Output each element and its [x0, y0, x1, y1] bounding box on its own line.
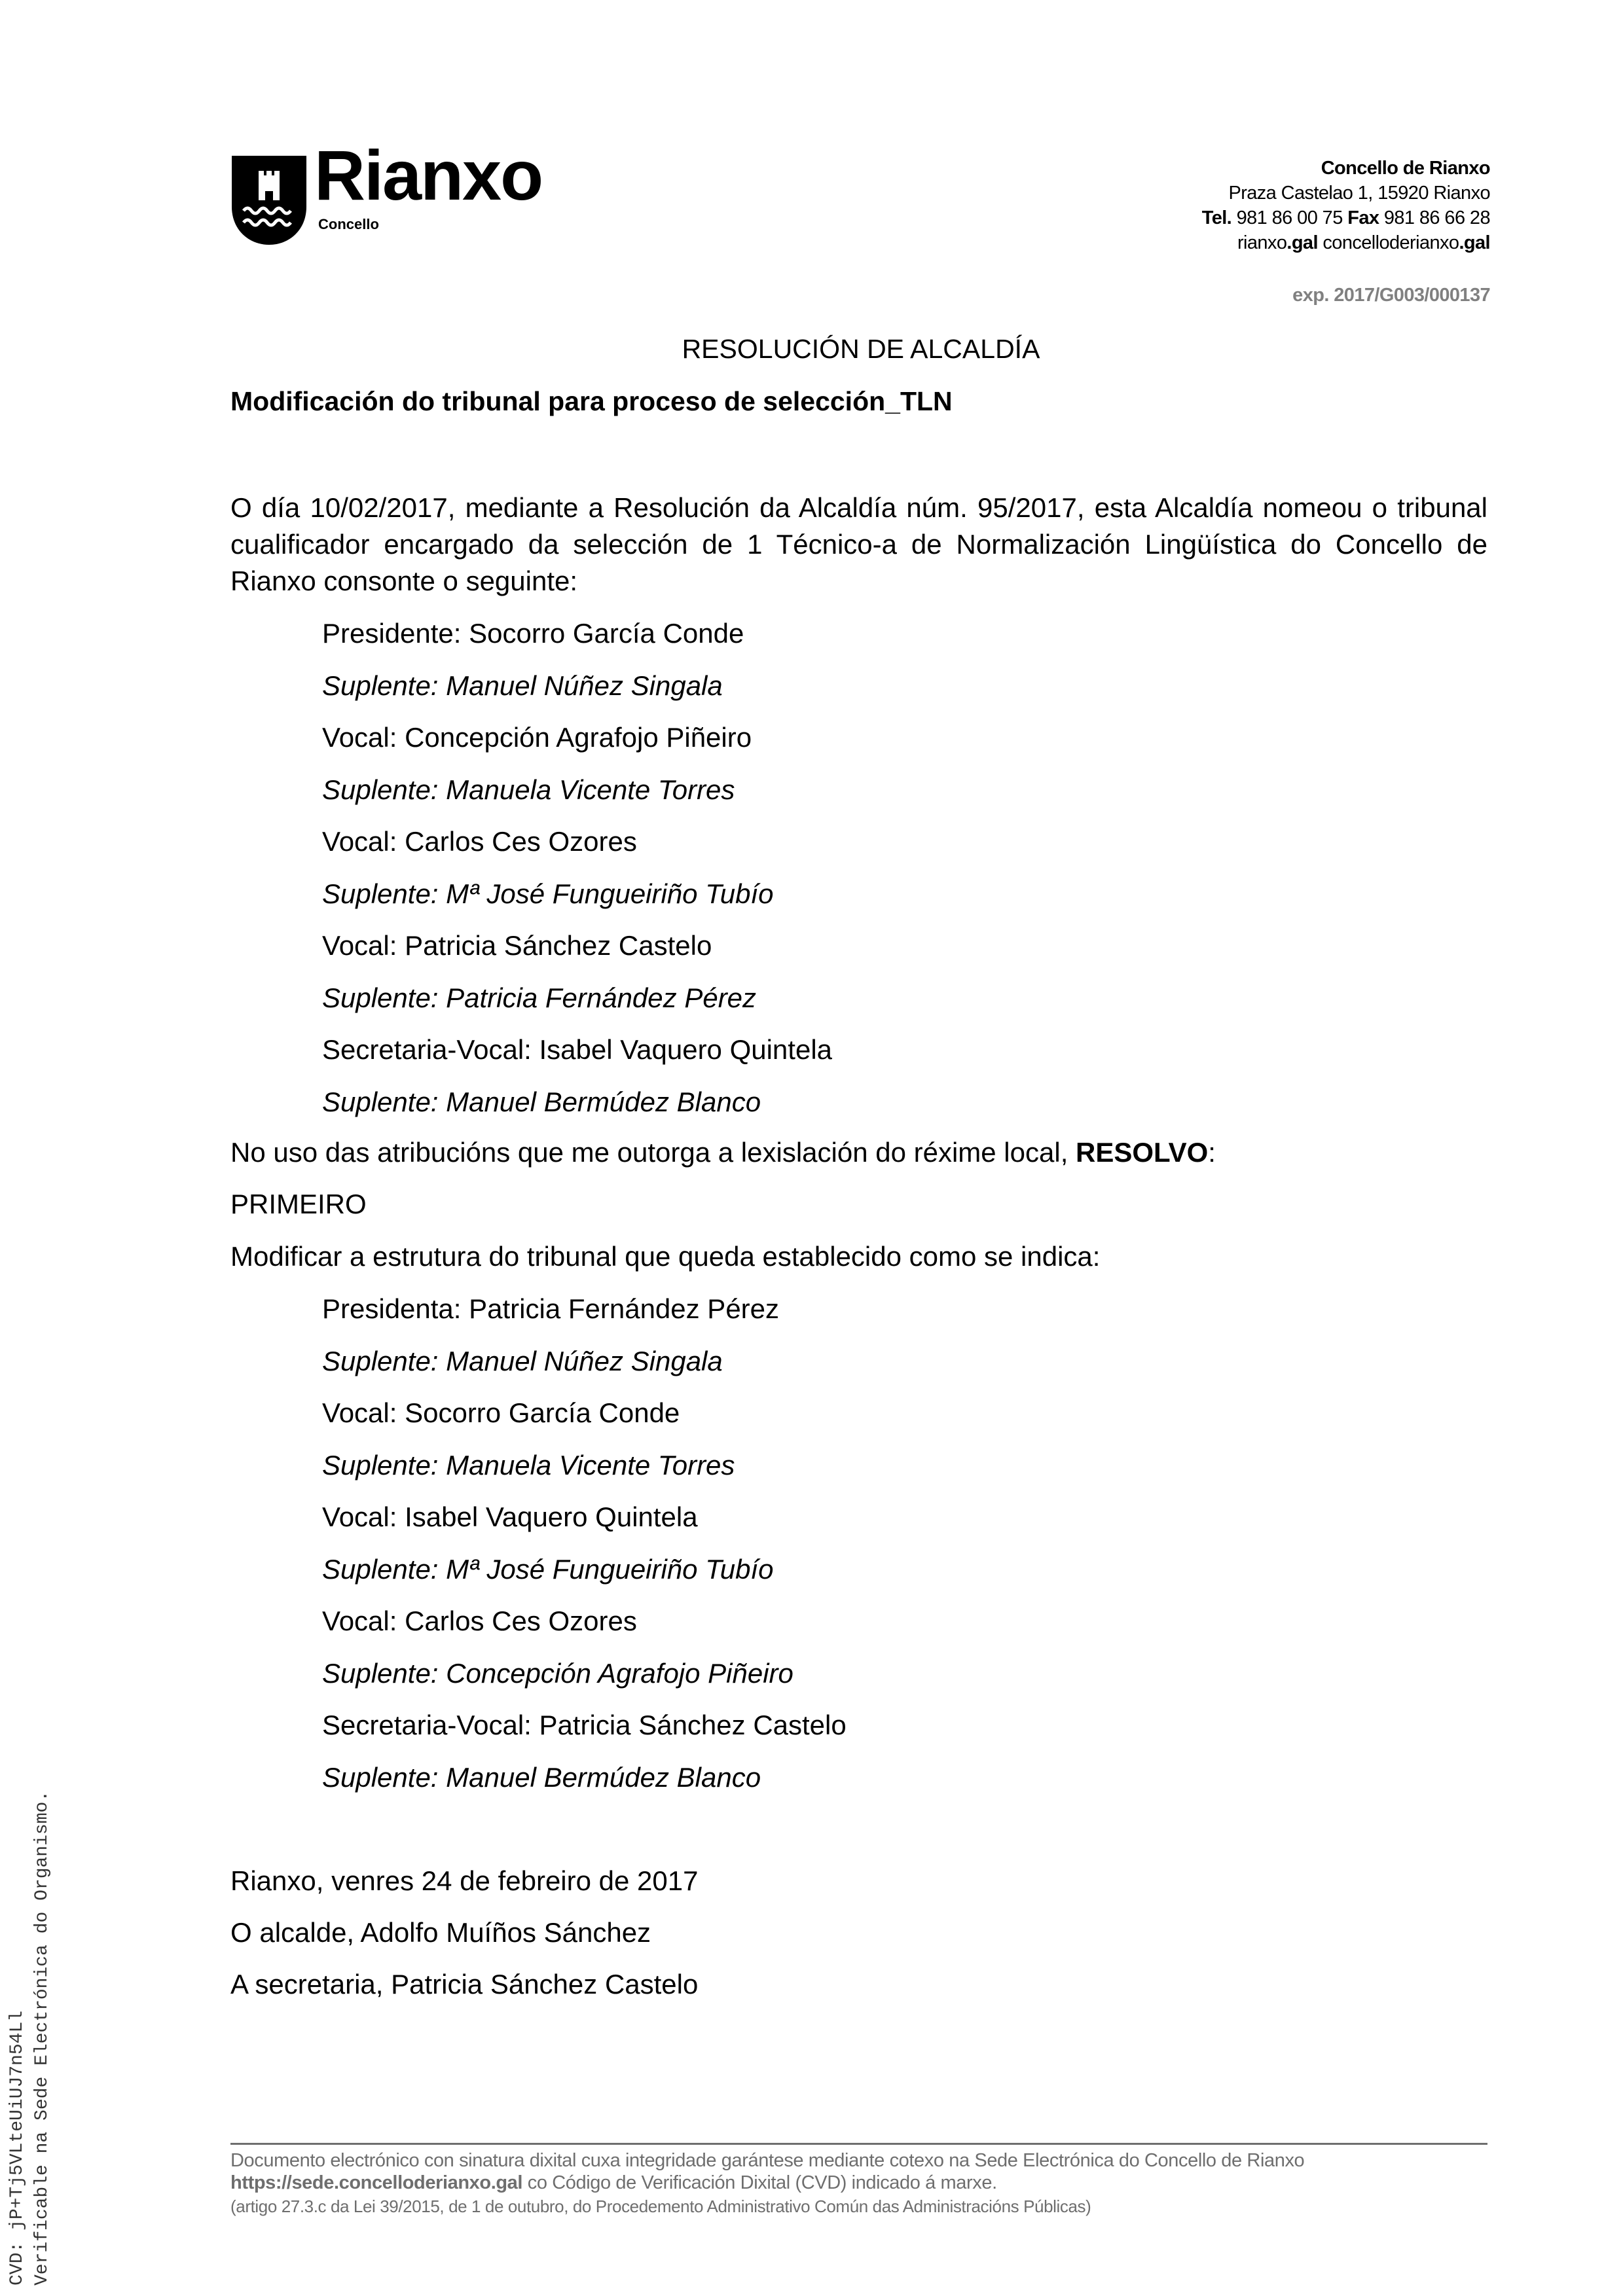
tribunal-member: Vocal: Carlos Ces Ozores [322, 1603, 847, 1655]
tribunal-member: Secretaria-Vocal: Patricia Sánchez Caste… [322, 1707, 847, 1759]
substitute-member: Suplente: Manuel Bermúdez Blanco [322, 1084, 832, 1136]
footer-verification-text: co Código de Verificación Dixital (CVD) … [522, 2172, 997, 2193]
website-2-prefix: concelloderianxo [1322, 232, 1459, 253]
original-tribunal-list: Presidente: Socorro García CondeSuplente… [322, 615, 832, 1136]
secretary-signature: A secretaria, Patricia Sánchez Castelo [230, 1966, 698, 2003]
document-title: RESOLUCIÓN DE ALCALDÍA [0, 334, 1623, 365]
tribunal-member: Vocal: Isabel Vaquero Quintela [322, 1499, 847, 1551]
substitute-member: Suplente: Mª José Fungueiriño Tubío [322, 876, 832, 928]
intro-paragraph: O día 10/02/2017, mediante a Resolución … [230, 490, 1487, 600]
cvd-code: CVD: jP+Tj5VLteUiUJ7n54Ll [5, 1791, 30, 2286]
footer-verification: https://sede.concelloderianxo.gal co Cód… [230, 2172, 997, 2194]
tribunal-member: Vocal: Carlos Ces Ozores [322, 823, 832, 876]
sede-link[interactable]: https://sede.concelloderianxo.gal [230, 2172, 522, 2193]
modify-paragraph: Modificar a estrutura do tribunal que qu… [230, 1238, 1100, 1275]
tribunal-member: Vocal: Concepción Agrafojo Piñeiro [322, 719, 832, 772]
tribunal-member: Vocal: Patricia Sánchez Castelo [322, 927, 832, 980]
substitute-member: Suplente: Manuel Bermúdez Blanco [322, 1759, 847, 1812]
resolvo-text: No uso das atribucións que me outorga a … [230, 1137, 1076, 1168]
cvd-verify-note: Verificable na Sede Electrónica do Organ… [30, 1791, 55, 2286]
substitute-member: Suplente: Concepción Agrafojo Piñeiro [322, 1655, 847, 1708]
footer-legal-reference: (artigo 27.3.c da Lei 39/2015, de 1 de o… [230, 2195, 1091, 2217]
organization-phone: Tel. 981 86 00 75 Fax 981 86 66 28 [1202, 206, 1490, 230]
cvd-margin-stamp: CVD: jP+Tj5VLteUiUJ7n54LlVerificable na … [5, 1791, 55, 2286]
expedient-number: exp. 2017/G003/000137 [1292, 283, 1490, 308]
tribunal-member: Vocal: Socorro García Conde [322, 1395, 847, 1447]
substitute-member: Suplente: Manuela Vicente Torres [322, 772, 832, 824]
shield-castle-waves-icon [230, 154, 308, 246]
website-2[interactable]: concelloderianxo.gal [1322, 232, 1490, 253]
substitute-member: Suplente: Manuel Núñez Singala [322, 668, 832, 720]
tribunal-member: Presidenta: Patricia Fernández Pérez [322, 1291, 847, 1343]
logo-subtitle: Concello [318, 216, 379, 233]
mayor-signature: O alcalde, Adolfo Muíños Sánchez [230, 1914, 651, 1951]
concello-logo: Rianxo Concello [230, 154, 564, 246]
footer-divider [230, 2143, 1487, 2145]
tribunal-member: Secretaria-Vocal: Isabel Vaquero Quintel… [322, 1031, 832, 1084]
document-subject: Modificación do tribunal para proceso de… [230, 386, 953, 417]
organization-address: Praza Castelao 1, 15920 Rianxo [1228, 181, 1490, 206]
substitute-member: Suplente: Manuel Núñez Singala [322, 1343, 847, 1395]
organization-websites: rianxo.gal concelloderianxo.gal [1237, 230, 1490, 255]
website-2-suffix: .gal [1459, 232, 1490, 253]
organization-name: Concello de Rianxo [1321, 156, 1490, 181]
website-1-suffix: .gal [1286, 232, 1318, 253]
resolvo-colon: : [1208, 1137, 1216, 1168]
fax-label: Fax [1347, 207, 1379, 228]
tel-number: 981 86 00 75 [1237, 207, 1343, 228]
section-primeiro: PRIMEIRO [230, 1186, 367, 1223]
tribunal-member: Presidente: Socorro García Conde [322, 615, 832, 668]
website-1[interactable]: rianxo.gal [1237, 232, 1318, 253]
place-and-date: Rianxo, venres 24 de febreiro de 2017 [230, 1863, 698, 1899]
substitute-member: Suplente: Mª José Fungueiriño Tubío [322, 1551, 847, 1604]
logo-wordmark: Rianxo [314, 140, 542, 211]
new-tribunal-list: Presidenta: Patricia Fernández PérezSupl… [322, 1291, 847, 1811]
website-1-prefix: rianxo [1237, 232, 1286, 253]
resolvo-paragraph: No uso das atribucións que me outorga a … [230, 1134, 1216, 1171]
tel-label: Tel. [1202, 207, 1231, 228]
footer-signature-notice: Documento electrónico con sinatura dixit… [230, 2149, 1304, 2172]
resolvo-keyword: RESOLVO [1076, 1137, 1208, 1168]
substitute-member: Suplente: Patricia Fernández Pérez [322, 980, 832, 1032]
fax-number: 981 86 66 28 [1384, 207, 1490, 228]
substitute-member: Suplente: Manuela Vicente Torres [322, 1447, 847, 1499]
